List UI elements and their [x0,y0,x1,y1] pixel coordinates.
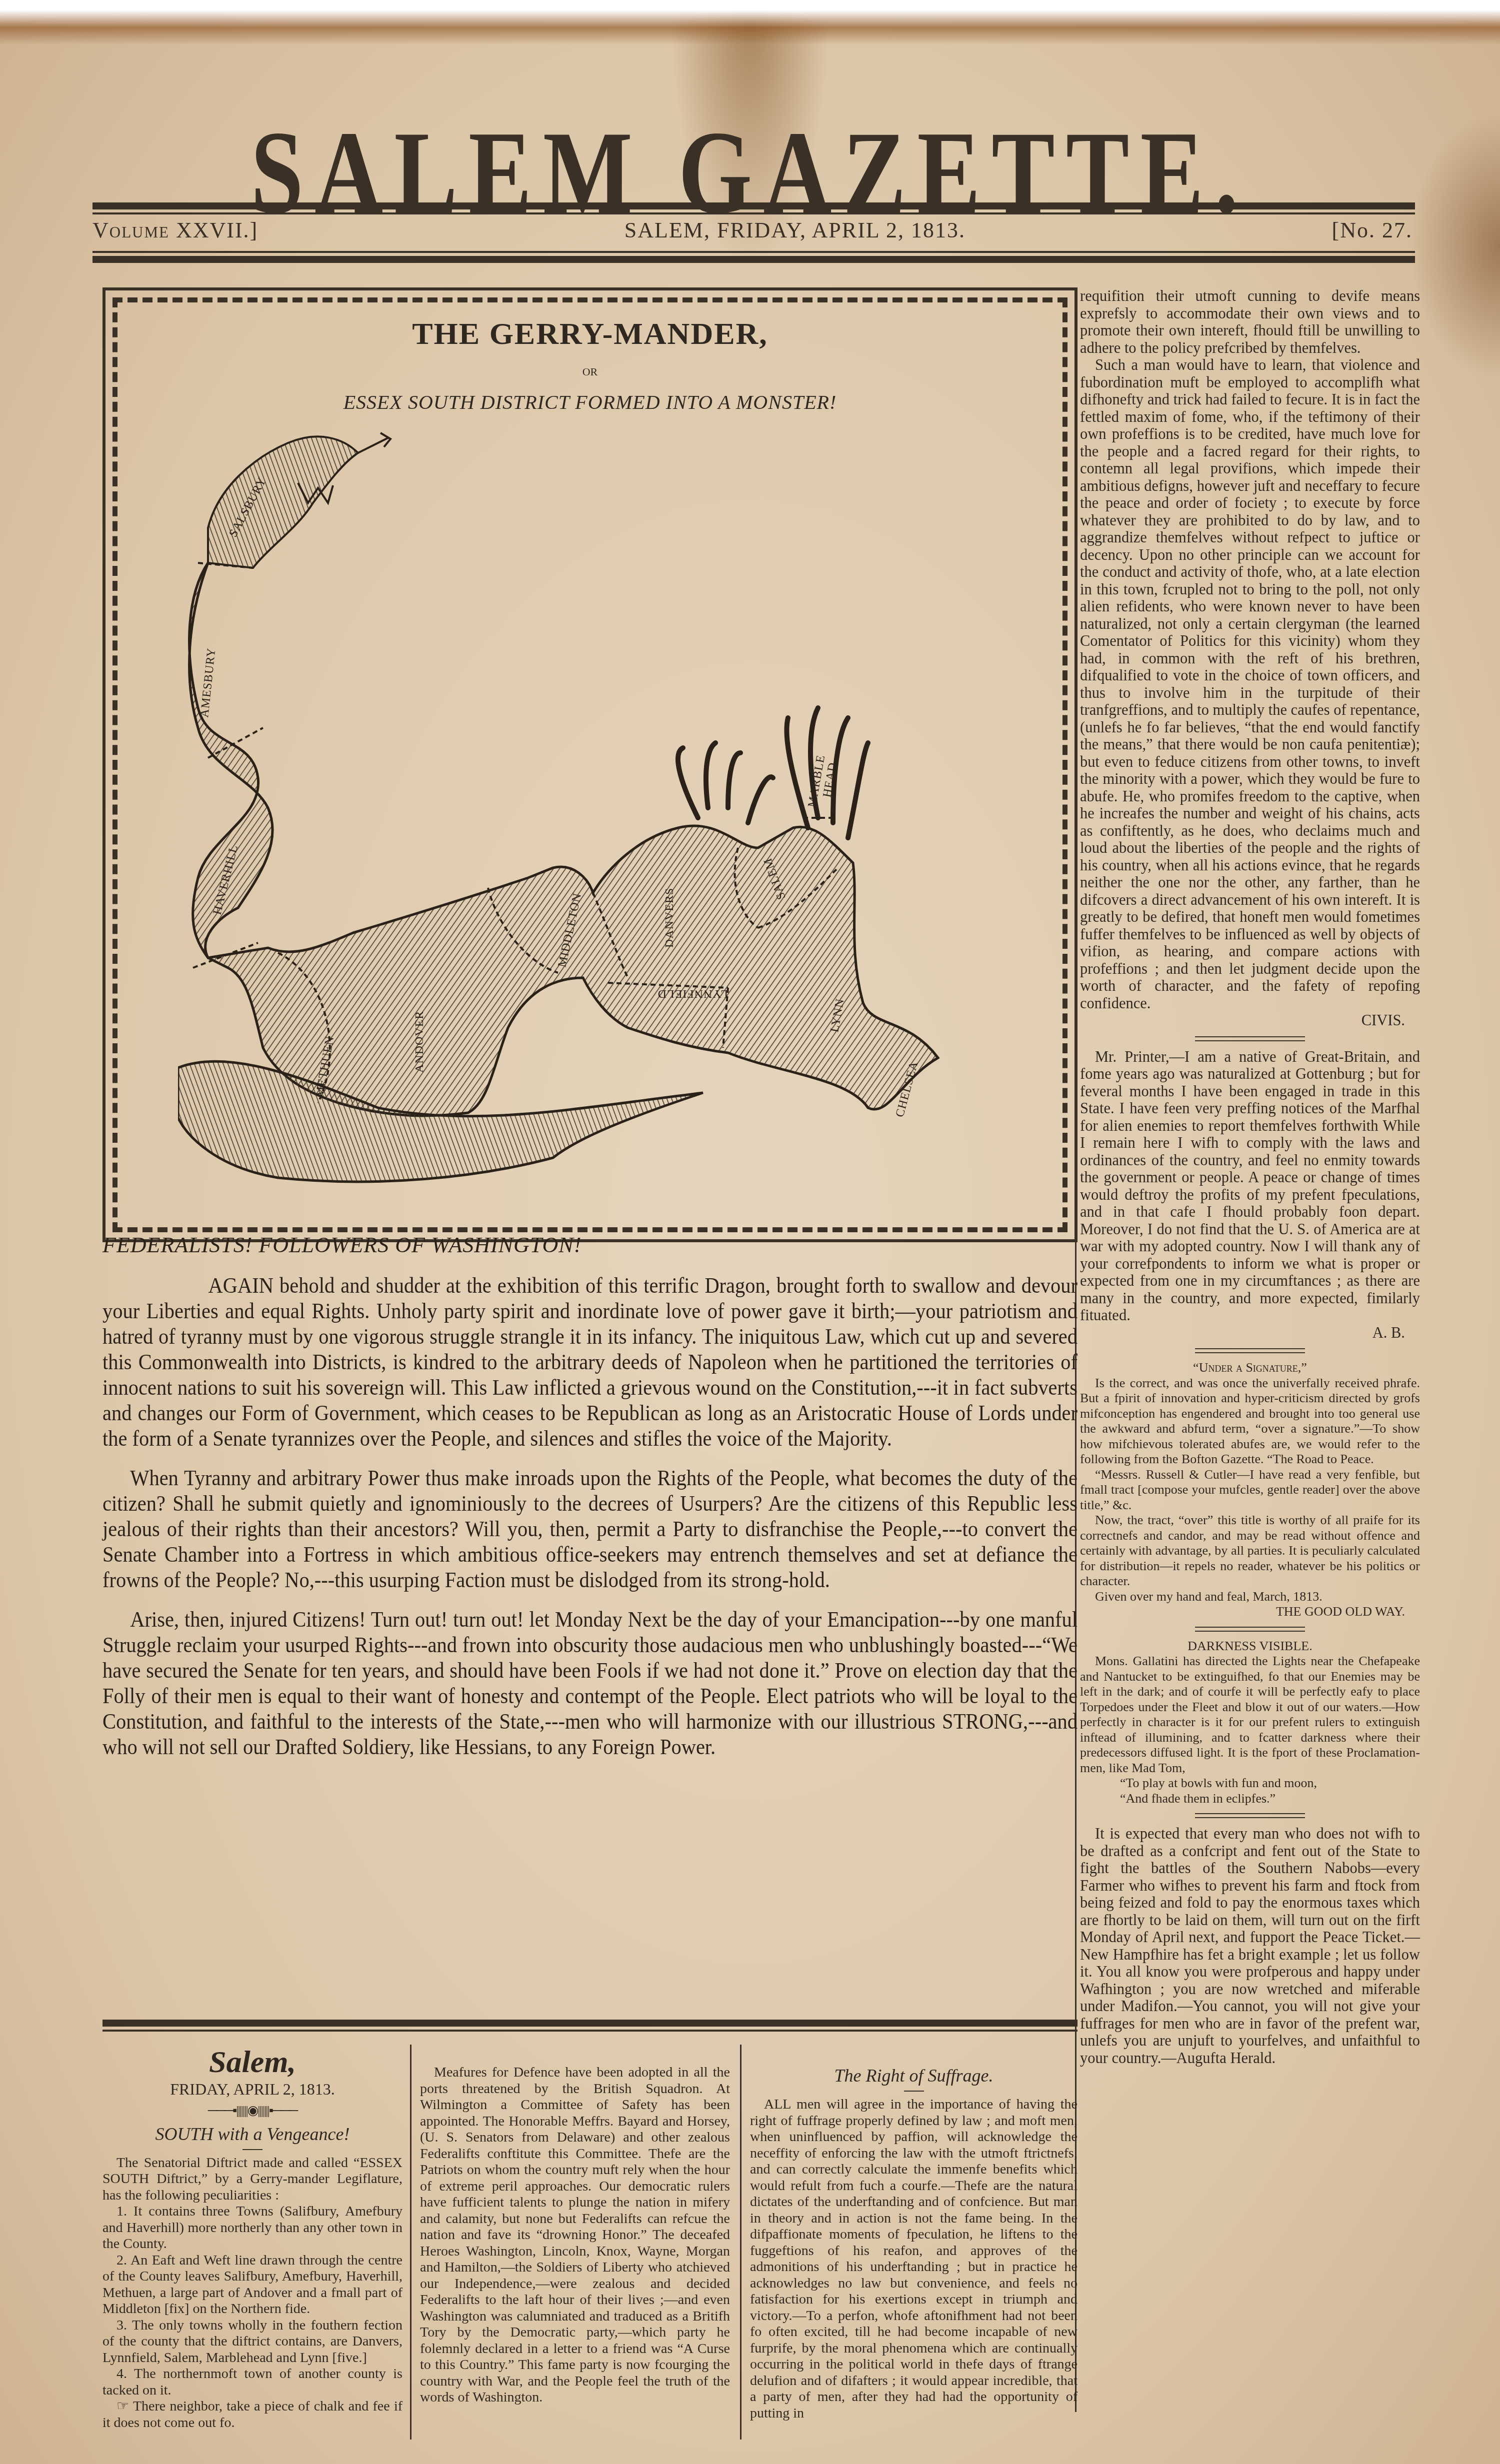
label-lynnfield: LYNNFIELD [657,987,728,1000]
peculiarity-1: 1. It contains three Towns (Salifbury, A… [102,2204,402,2253]
peculiarity-3: 3. The only towns wholly in the fouthern… [102,2318,402,2367]
address-paragraph-2: When Tyranny and arbitrary Power thus ma… [102,1465,1077,1593]
ornament-divider-icon: ───▪|||||||◉|||||||▪─── [102,2103,402,2119]
section-divider [1195,1813,1305,1818]
south-vengeance-heading: SOUTH with a Vengeance! [102,2123,402,2145]
signature-paragraph-1: Is the correct, and was once the univerf… [1080,1376,1420,1467]
section-divider [1195,1036,1305,1041]
burned-top-edge [0,0,1500,45]
suffrage-paragraph: ALL men will agree in the importance of … [750,2097,1077,2422]
issue-date: SALEM, FRIDAY, APRIL 2, 1813. [624,217,965,243]
signature-paragraph-4: Given over my hand and feal, March, 1813… [1080,1589,1420,1605]
dragon-district-map-icon: SALSBURY AMESBURY HAVERHILL METHUEN ANDO… [178,428,1028,1208]
civis-paragraph-1: requifition their utmoft cunning to devi… [1080,287,1420,356]
darkness-paragraph: Mons. Gallatini has directed the Lights … [1080,1654,1420,1776]
signature-heading: “Under a Signature,” [1080,1360,1420,1376]
address-paragraph-1: AGAIN behold and shudder at the exhibiti… [102,1273,1077,1451]
salem-column: Salem, FRIDAY, APRIL 2, 1813. ───▪||||||… [102,2045,402,2431]
salem-date: FRIDAY, APRIL 2, 1813. [102,2080,402,2099]
chalk-note: ☞ There neighbor, take a piece of chalk … [102,2399,402,2431]
cartoon-or: OR [105,365,1074,378]
column-divider [410,2045,411,2440]
signature-paragraph-2: “Messrs. Russell & Cutler—I have read a … [1080,1467,1420,1513]
suffrage-heading: The Right of Suffrage. [750,2065,1077,2087]
chalk-note-text: There neighbor, take a piece of chalk an… [102,2399,402,2431]
dateline-bar: Volume XXVII.] SALEM, FRIDAY, APRIL 2, 1… [92,215,1412,245]
volume-number: Volume XXVII.] [92,217,258,243]
gerrymander-cartoon: THE GERRY-MANDER, OR ESSEX SOUTH DISTRIC… [102,287,1077,1242]
short-dash [242,2149,262,2150]
section-divider [1195,1627,1305,1632]
short-dash [904,2091,924,2092]
darkness-verse-1: “To play at bowls with fun and moon, [1080,1776,1420,1791]
peculiarity-2: 2. An Eaft and Weft line drawn through t… [102,2253,402,2318]
pointing-hand-icon: ☞ [116,2399,129,2414]
bottom-columns: Salem, FRIDAY, APRIL 2, 1813. ───▪||||||… [102,2045,1077,2445]
masthead-rule-top [92,202,1415,209]
bottom-section-rule [102,2020,1077,2027]
masthead-rule-bottom [92,256,1415,263]
salem-heading: Salem, [102,2045,402,2080]
bottom-section-rule-thin [102,2030,1077,2032]
column-divider [740,2045,741,2440]
masthead-rule-bottom-thin [92,251,1415,253]
address-paragraph-3: Arise, then, injured Citizens! Turn out!… [102,1607,1077,1760]
label-danvers: DANVERS [663,888,676,948]
address-heading: FEDERALISTS! FOLLOWERS OF WASHINGTON! [102,1232,1077,1258]
label-amesbury: AMESBURY [198,647,218,718]
civis-paragraph-2: Such a man would have to learn, that vio… [1080,356,1420,1012]
printer-signature: A. B. [1080,1324,1420,1342]
peculiarity-4: 4. The northernmoft town of another coun… [102,2366,402,2399]
defence-paragraph: Meafures for Defence have been adopted i… [420,2065,730,2406]
darkness-verse-2: “And fhade them in eclipfes.” [1080,1791,1420,1807]
cartoon-subtitle: ESSEX SOUTH DISTRICT FORMED INTO A MONST… [105,390,1074,414]
senatorial-intro: The Senatorial Diftrict made and called … [102,2155,402,2204]
masthead-rule-top-thin [92,212,1415,214]
cartoon-title: THE GERRY-MANDER, [105,316,1074,352]
suffrage-column: The Right of Suffrage. ALL men will agre… [750,2045,1077,2422]
signature-paragraph-3: Now, the tract, “over” this title is wor… [1080,1513,1420,1589]
augusta-herald-paragraph: It is expected that every man who does n… [1080,1825,1420,2067]
civis-signature: CIVIS. [1080,1012,1420,1029]
issue-number: [No. 27. [1332,217,1412,243]
federalist-address: FEDERALISTS! FOLLOWERS OF WASHINGTON! AG… [102,1232,1077,1774]
signature-signoff: THE GOOD OLD WAY. [1080,1604,1420,1620]
right-column: requifition their utmoft cunning to devi… [1080,287,1420,2067]
label-andover: ANDOVER [413,1011,426,1073]
section-divider [1195,1348,1305,1353]
defence-column: Meafures for Defence have been adopted i… [420,2065,730,2406]
darkness-heading: DARKNESS VISIBLE. [1080,1639,1420,1654]
printer-letter: Mr. Printer,—I am a native of Great-Brit… [1080,1048,1420,1324]
